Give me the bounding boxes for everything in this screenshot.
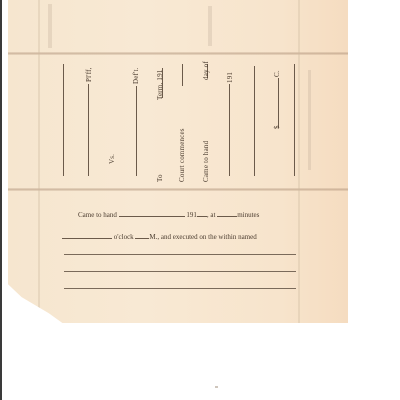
to-label: To: [156, 174, 164, 182]
fold-crease-top: [8, 52, 348, 55]
plaintiff-label: Pl'ff,: [85, 67, 93, 82]
fee-blank: [278, 78, 279, 128]
came-to-hand-text: Came to hand: [78, 211, 117, 219]
fold-crease-middle: [8, 188, 348, 191]
year-blank: [229, 84, 230, 176]
court-blank: [182, 64, 183, 86]
year-blank: [197, 210, 207, 217]
scan-edge: [0, 0, 2, 400]
meridiem-blank: [135, 232, 149, 239]
date-blank: [119, 210, 185, 217]
hour-blank: [62, 232, 112, 239]
year-text: 191: [186, 211, 197, 219]
plaintiff-blank: [88, 84, 89, 176]
minutes-text: minutes: [237, 211, 259, 219]
rule: [254, 66, 255, 176]
term-label: Term, 191: [156, 70, 164, 100]
defendant-label: Def't.: [132, 67, 140, 84]
bleed-through: [208, 6, 212, 46]
oclock-text: o'clock: [114, 233, 134, 241]
rule: [63, 64, 64, 176]
at-text: at: [210, 211, 215, 219]
came-to-hand-label: Came to hand: [202, 141, 210, 182]
return-line-2: o'clock M., and executed on the within n…: [62, 232, 257, 241]
court-commences-label: Court commences: [178, 128, 186, 182]
executed-text: M., and executed on the within named: [149, 233, 256, 241]
cents-label: C.: [273, 70, 281, 77]
year-label: 191: [226, 72, 234, 83]
rule: [294, 64, 295, 176]
writing-line: [64, 271, 296, 272]
case-caption-panel: Pl'ff, Vs. Def't. To Term, 191 Court com…: [52, 56, 302, 184]
defendant-blank: [136, 86, 137, 176]
return-line-1: Came to hand 191, at minutes: [78, 210, 259, 219]
bleed-through: [48, 4, 52, 48]
writing-line: [64, 288, 296, 289]
versus-label: Vs.: [108, 154, 116, 164]
vertical-crease: [38, 0, 40, 323]
minutes-blank: [217, 210, 237, 217]
scan-speck: [215, 386, 218, 388]
writing-line: [64, 254, 296, 255]
bleed-through: [308, 70, 311, 170]
day-of-label: day of: [202, 61, 210, 80]
dollar-label: $: [273, 125, 281, 129]
